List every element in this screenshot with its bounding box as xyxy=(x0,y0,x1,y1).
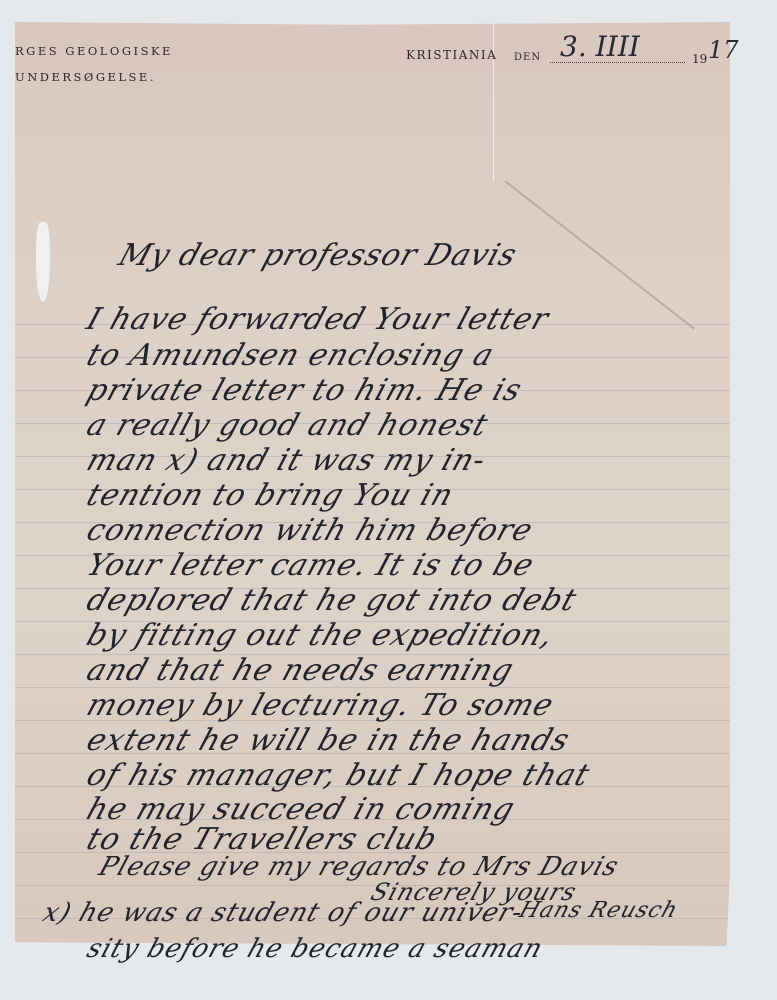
letterhead-line-2: UNDERSØGELSE. xyxy=(15,70,156,84)
letter-line: man x) and it was my in- xyxy=(82,443,490,478)
letter-line: connection with him before xyxy=(82,513,537,548)
letter-line: tention to bring You in xyxy=(82,478,458,513)
paper-fold xyxy=(493,22,494,182)
year-handwritten: 17 xyxy=(708,36,739,64)
paper-tear xyxy=(36,222,50,302)
footnote-line: x) he was a student of our univer- xyxy=(39,898,527,928)
dateline-place: KRISTIANIA xyxy=(406,48,497,62)
letter-line: and that he needs earning xyxy=(82,653,518,688)
signature: Hans Reusch xyxy=(516,898,681,923)
dateline-den: DEN xyxy=(514,52,541,63)
handwritten-date: 3. IIII xyxy=(560,30,640,63)
letter-line: deplored that he got into debt xyxy=(82,583,581,618)
letter-line: I have forwarded Your letter xyxy=(82,302,553,337)
letter-line: extent he will be in the hands xyxy=(82,723,574,758)
year-prefix: 19 xyxy=(692,52,707,66)
letter-line: of his manager, but I hope that xyxy=(82,758,594,793)
letter-line: a really good and honest xyxy=(82,408,492,443)
letterhead-line-1: RGES GEOLOGISKE xyxy=(15,44,173,58)
letter-line: private letter to him. He is xyxy=(82,373,526,408)
letter-line: by fitting out the expedition, xyxy=(82,618,558,653)
salutation: My dear professor Davis xyxy=(114,238,521,273)
footnote-line: sity before he became a seaman xyxy=(83,934,547,964)
letter-line: Your letter came. It is to be xyxy=(82,548,538,583)
letter-line: to Amundsen enclosing a xyxy=(82,338,498,373)
letter-line: money by lecturing. To some xyxy=(82,688,558,723)
